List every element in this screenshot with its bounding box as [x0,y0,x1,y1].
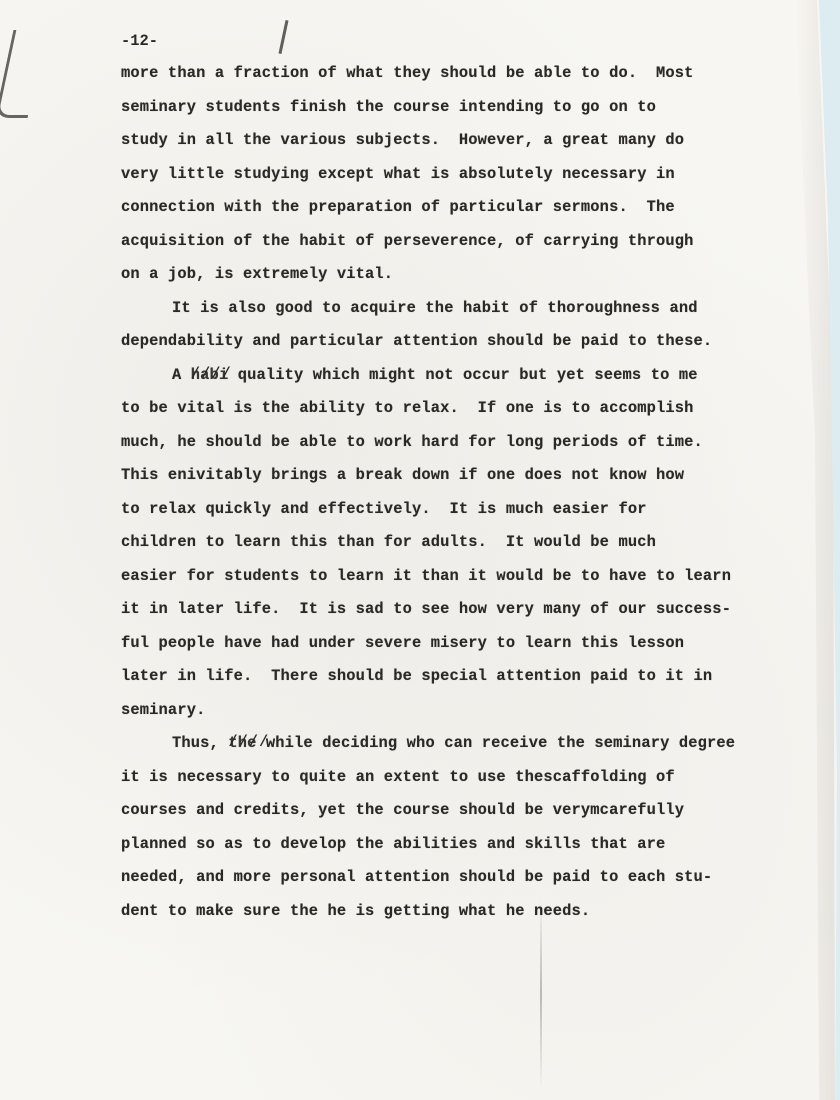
text-segment: Thus, [172,734,228,752]
text-line: courses and credits, yet the course shou… [121,801,684,819]
paper-fold-crease [540,900,542,1090]
text-line: dent to make sure the he is getting what… [121,902,590,920]
text-line: it is necessary to quite an extent to us… [121,768,675,786]
text-line: much, he should be able to work hard for… [121,433,703,451]
text-line: it in later life. It is sad to see how v… [121,600,731,618]
text-line: to relax quickly and effectively. It is … [121,500,647,518]
text-line: ful people have had under severe misery … [121,634,684,652]
text-line: This enivitably brings a break down if o… [121,466,684,484]
struck-out-word: the [228,734,256,752]
struck-out-word: habi [191,366,229,384]
text-line: seminary students finish the course inte… [121,98,656,116]
text-line: needed, and more personal attention shou… [121,868,712,886]
text-line: connection with the preparation of parti… [121,198,675,216]
text-line: acquisition of the habit of perseverence… [121,232,694,250]
text-line: later in life. There should be special a… [121,667,712,685]
page-number: -12- [121,32,158,50]
text-line: children to learn this than for adults. … [121,533,656,551]
text-line: very little studying except what is abso… [121,165,675,183]
text-line: on a job, is extremely vital. [121,265,393,283]
text-line: more than a fraction of what they should… [121,64,694,82]
text-line: dependability and particular attention s… [121,332,712,350]
paragraph-start-line: Thus, the while deciding who can receive… [172,734,735,752]
text-segment: A [172,366,191,384]
paper-clip-mark-icon [0,30,46,118]
paragraph-start-line: A habi quality which might not occur but… [172,366,698,384]
document-page: -12- more than a fraction of what they s… [0,0,840,1100]
text-line: easier for students to learn it than it … [121,567,731,585]
text-line: planned so as to develop the abilities a… [121,835,665,853]
text-line: to be vital is the ability to relax. If … [121,399,694,417]
paragraph-start-line: It is also good to acquire the habit of … [172,299,698,317]
text-segment: quality which might not occur but yet se… [228,366,697,384]
pen-mark-icon [278,20,288,54]
text-segment: while deciding who can receive the semin… [257,734,736,752]
text-line: study in all the various subjects. Howev… [121,131,684,149]
text-line: seminary. [121,701,205,719]
